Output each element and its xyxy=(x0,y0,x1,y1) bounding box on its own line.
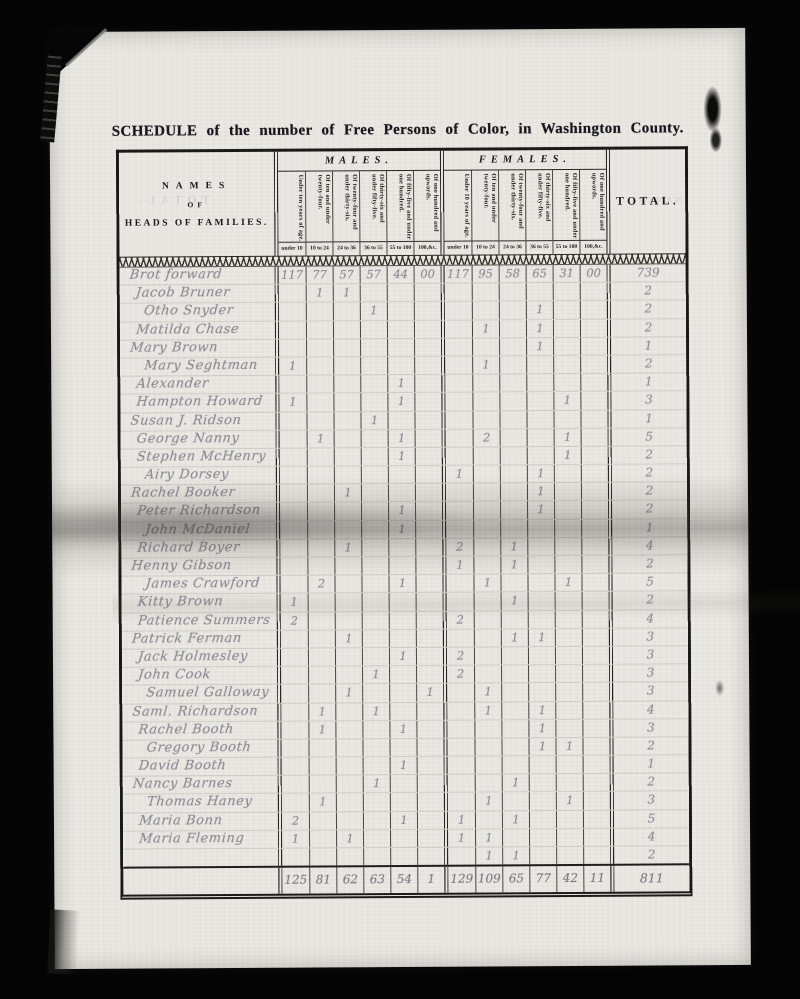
age-cell xyxy=(556,774,583,791)
age-cell: 1 xyxy=(417,867,444,893)
age-cell: 1 xyxy=(502,847,529,864)
row-total: 2 xyxy=(612,482,687,500)
age-cell xyxy=(446,429,473,446)
age-cell: 1 xyxy=(387,393,414,410)
age-cell xyxy=(582,683,609,700)
age-cell xyxy=(414,411,441,428)
age-cell xyxy=(362,593,389,610)
age-cell: 2 xyxy=(281,612,308,629)
row-name: Gregory Booth xyxy=(122,740,279,758)
age-cell: 1 xyxy=(282,830,309,847)
row-total: 2 xyxy=(611,282,686,300)
age-cell xyxy=(308,594,335,611)
age-cell xyxy=(554,556,581,573)
row-name: Airy Dorsey xyxy=(120,467,277,485)
age-cell xyxy=(581,574,608,591)
age-cell xyxy=(500,483,527,500)
age-cell xyxy=(502,793,529,810)
age-cell: 1 xyxy=(527,465,554,482)
age-cell xyxy=(582,738,609,755)
age-cell xyxy=(279,412,306,429)
age-column-header: Of twenty-four and under thirty-six. xyxy=(498,170,525,240)
row-name: Jack Holmesley xyxy=(121,649,278,667)
column-totals-row: 12581626354112910965774211811 xyxy=(123,863,689,894)
age-cell: 1 xyxy=(388,502,415,519)
age-cell xyxy=(580,301,607,318)
row-total: 5 xyxy=(612,428,687,446)
age-cell: 65 xyxy=(502,866,529,892)
row-total: 3 xyxy=(611,392,686,410)
age-cell xyxy=(474,666,501,683)
age-cell xyxy=(416,648,443,665)
age-cell xyxy=(473,502,500,519)
age-cell xyxy=(472,338,499,355)
age-cell xyxy=(417,793,444,810)
age-cell: 1 xyxy=(501,629,528,646)
age-cell xyxy=(282,794,309,811)
age-cell xyxy=(555,720,582,737)
age-cell xyxy=(474,629,501,646)
row-name: Nancy Barnes xyxy=(122,776,279,794)
age-cell: 1 xyxy=(360,302,387,319)
names-header-box: TOTAL. NAMES OF HEADS OF FAMILIES. xyxy=(119,152,275,257)
age-cell xyxy=(475,756,502,773)
age-cell xyxy=(306,321,333,338)
age-cell: 1 xyxy=(474,702,501,719)
age-cell xyxy=(281,649,308,666)
age-cell xyxy=(473,447,500,464)
age-cell xyxy=(555,683,582,700)
age-cell xyxy=(414,284,441,301)
age-cell: 1 xyxy=(448,811,475,828)
row-total: 1 xyxy=(611,373,686,391)
age-cell xyxy=(582,628,609,645)
age-cell xyxy=(501,684,528,701)
row-total: 2 xyxy=(613,592,688,610)
age-cell: 117 xyxy=(445,266,472,283)
age-cell xyxy=(309,757,336,774)
names-header-line: NAMES xyxy=(162,181,231,191)
age-cell: 2 xyxy=(447,666,474,683)
age-bracket-subheader: under 10 xyxy=(278,242,305,256)
row-name: Otho Snyder xyxy=(119,303,276,321)
age-cell xyxy=(417,757,444,774)
age-cell xyxy=(527,538,554,555)
age-cell xyxy=(281,667,308,684)
age-cell xyxy=(334,575,361,592)
age-cell xyxy=(362,684,389,701)
row-total: 739 xyxy=(611,264,686,282)
row-total: 3 xyxy=(613,719,688,737)
age-cell xyxy=(445,338,472,355)
age-cell xyxy=(529,829,556,846)
age-cell: 1 xyxy=(308,721,335,738)
age-bracket-subheader: 55 to 100 xyxy=(552,240,579,254)
age-cell xyxy=(473,538,500,555)
row-total: 5 xyxy=(614,810,689,828)
age-cell xyxy=(553,301,580,318)
row-name: John McDaniel xyxy=(120,521,277,539)
age-cell xyxy=(414,320,441,337)
age-cell xyxy=(387,284,414,301)
age-cell xyxy=(361,448,388,465)
age-cell xyxy=(306,376,333,393)
age-cell xyxy=(529,847,556,864)
age-cell xyxy=(417,811,444,828)
row-name: Stephen McHenry xyxy=(120,449,277,467)
age-cell xyxy=(280,448,307,465)
age-cell xyxy=(416,720,443,737)
age-cell: 1 xyxy=(528,720,555,737)
age-cell xyxy=(390,775,417,792)
age-cell: 1 xyxy=(472,320,499,337)
row-name: David Booth xyxy=(122,758,279,776)
age-cell: 1 xyxy=(475,847,502,864)
row-total: 4 xyxy=(613,701,688,719)
age-cell xyxy=(555,592,582,609)
row-total: 2 xyxy=(614,773,689,791)
age-cell xyxy=(555,610,582,627)
age-cell xyxy=(309,830,336,847)
age-cell xyxy=(448,757,475,774)
row-name: George Nanny xyxy=(120,430,277,448)
age-cell xyxy=(553,356,580,373)
age-cell xyxy=(502,829,529,846)
age-cell: 42 xyxy=(556,866,583,892)
age-cell xyxy=(583,792,610,809)
row-name: Alexander xyxy=(119,376,276,394)
row-total: 1 xyxy=(614,755,689,773)
age-cell xyxy=(335,594,362,611)
age-cell: 63 xyxy=(363,867,390,893)
age-cell xyxy=(555,665,582,682)
age-cell xyxy=(580,374,607,391)
age-cell xyxy=(306,339,333,356)
age-cell xyxy=(499,283,526,300)
age-cell xyxy=(335,703,362,720)
age-cell xyxy=(582,610,609,627)
age-cell: 1 xyxy=(335,685,362,702)
age-cell xyxy=(281,739,308,756)
age-cell xyxy=(335,739,362,756)
age-cell xyxy=(307,448,334,465)
age-cell: 1 xyxy=(528,629,555,646)
age-cell xyxy=(526,392,553,409)
row-name: Hampton Howard xyxy=(120,394,277,412)
age-cell xyxy=(309,776,336,793)
age-cell xyxy=(583,829,610,846)
age-cell xyxy=(389,739,416,756)
age-cell xyxy=(335,721,362,738)
age-cell xyxy=(527,429,554,446)
table-header: TOTAL. NAMES OF HEADS OF FAMILIES. MALES… xyxy=(119,149,686,256)
age-cell: 1 xyxy=(473,575,500,592)
age-bracket-subheader: 36 to 55 xyxy=(525,240,552,254)
age-cell xyxy=(361,521,388,538)
age-cell xyxy=(361,557,388,574)
age-cell: 2 xyxy=(446,538,473,555)
age-cell xyxy=(527,556,554,573)
age-cell xyxy=(501,611,528,628)
smudge-artifact xyxy=(715,680,724,696)
age-cell xyxy=(499,302,526,319)
names-header-line: HEADS OF FAMILIES. xyxy=(125,217,269,228)
age-cell xyxy=(499,320,526,337)
age-cell xyxy=(527,447,554,464)
table-row: 112 xyxy=(123,846,689,867)
age-cell: 1 xyxy=(307,430,334,447)
age-cell xyxy=(389,684,416,701)
age-cell xyxy=(307,557,334,574)
age-cell xyxy=(308,648,335,665)
age-cell xyxy=(583,847,610,864)
age-cell: 1 xyxy=(527,483,554,500)
age-cell: 1 xyxy=(389,721,416,738)
age-cell xyxy=(361,575,388,592)
age-cell xyxy=(445,375,472,392)
age-cell: 57 xyxy=(360,266,387,283)
age-cell xyxy=(333,375,360,392)
age-cell: 1 xyxy=(500,538,527,555)
age-cell xyxy=(472,393,499,410)
age-cell xyxy=(501,738,528,755)
age-cell: 1 xyxy=(388,448,415,465)
age-cell xyxy=(526,283,553,300)
age-cell xyxy=(415,575,442,592)
age-cell xyxy=(280,576,307,593)
age-bracket-subheader: 10 to 24 xyxy=(305,241,332,255)
age-cell xyxy=(473,465,500,482)
row-total: 3 xyxy=(613,683,688,701)
age-cell xyxy=(389,702,416,719)
row-total: 3 xyxy=(613,628,688,646)
age-cell xyxy=(308,667,335,684)
age-cell xyxy=(336,775,363,792)
age-cell xyxy=(445,302,472,319)
age-cell xyxy=(528,611,555,628)
age-cell xyxy=(279,285,306,302)
age-cell xyxy=(555,629,582,646)
row-total: 1 xyxy=(612,519,687,537)
age-bracket-subheader: under 10 xyxy=(444,241,471,255)
age-cell xyxy=(583,810,610,827)
age-cell xyxy=(499,356,526,373)
age-cell xyxy=(334,430,361,447)
age-cell xyxy=(501,702,528,719)
age-cell: 1 xyxy=(554,574,581,591)
age-cell xyxy=(448,775,475,792)
age-cell xyxy=(306,357,333,374)
males-group-header: MALES. xyxy=(278,151,440,172)
age-cell xyxy=(389,593,416,610)
age-cell xyxy=(387,302,414,319)
age-cell xyxy=(582,647,609,664)
age-cell xyxy=(361,430,388,447)
age-cell xyxy=(526,356,553,373)
age-cell xyxy=(387,320,414,337)
row-total: 2 xyxy=(614,846,689,864)
age-cell: 00 xyxy=(414,266,441,283)
age-cell xyxy=(526,374,553,391)
age-cell: 54 xyxy=(390,867,417,893)
row-name: Patience Summers xyxy=(121,612,278,630)
age-cell xyxy=(333,394,360,411)
age-bracket-subheader: 55 to 100 xyxy=(386,241,413,255)
age-cell: 1 xyxy=(502,774,529,791)
age-cell xyxy=(415,484,442,501)
row-total: 4 xyxy=(612,537,687,555)
age-cell xyxy=(580,356,607,373)
age-cell xyxy=(415,502,442,519)
age-cell xyxy=(553,338,580,355)
row-name: Brot forward xyxy=(119,267,276,285)
age-cell xyxy=(307,521,334,538)
age-cell: 1 xyxy=(475,793,502,810)
age-cell: 1 xyxy=(475,829,502,846)
age-cell xyxy=(416,611,443,628)
row-name: Kitty Brown xyxy=(121,594,278,612)
age-cell xyxy=(334,521,361,538)
age-cell xyxy=(362,630,389,647)
age-cell xyxy=(582,701,609,718)
age-cell xyxy=(363,794,390,811)
age-cell xyxy=(582,592,609,609)
age-cell: 1 xyxy=(333,284,360,301)
age-cell xyxy=(528,592,555,609)
age-cell xyxy=(362,612,389,629)
age-cell: 1 xyxy=(363,775,390,792)
age-cell: 1 xyxy=(501,593,528,610)
age-cell: 00 xyxy=(580,265,607,282)
age-cell xyxy=(333,357,360,374)
age-cell xyxy=(390,830,417,847)
age-cell xyxy=(308,739,335,756)
age-cell: 1 xyxy=(448,829,475,846)
age-cell: 1 xyxy=(362,703,389,720)
age-cell xyxy=(335,648,362,665)
age-cell xyxy=(415,557,442,574)
age-cell xyxy=(387,357,414,374)
row-total: 2 xyxy=(611,301,686,319)
age-cell: 1 xyxy=(526,338,553,355)
age-cell: 2 xyxy=(307,576,334,593)
torn-corner-artifact xyxy=(46,28,108,84)
row-name: Richard Boyer xyxy=(120,540,277,558)
age-cell: 125 xyxy=(282,868,309,894)
age-cell: 95 xyxy=(472,265,499,282)
age-cell: 11 xyxy=(583,866,610,892)
row-name: Mary Brown xyxy=(119,340,276,358)
age-cell: 2 xyxy=(447,647,474,664)
row-total: 2 xyxy=(613,737,688,755)
age-cell xyxy=(472,375,499,392)
age-cell xyxy=(416,739,443,756)
age-cell xyxy=(499,393,526,410)
age-cell xyxy=(527,520,554,537)
age-cell: 65 xyxy=(526,265,553,282)
row-total: 4 xyxy=(613,610,688,628)
age-cell xyxy=(388,539,415,556)
age-cell xyxy=(280,539,307,556)
age-cell xyxy=(415,520,442,537)
age-cell xyxy=(447,720,474,737)
age-cell xyxy=(416,593,443,610)
age-cell xyxy=(475,775,502,792)
age-cell xyxy=(446,447,473,464)
age-cell: 1 xyxy=(334,484,361,501)
age-cell xyxy=(336,848,363,865)
age-cell: 1 xyxy=(279,394,306,411)
age-cell xyxy=(279,339,306,356)
age-cell xyxy=(362,648,389,665)
age-cell: 1 xyxy=(528,738,555,755)
age-cell xyxy=(472,302,499,319)
age-cell xyxy=(333,321,360,338)
age-cell xyxy=(387,339,414,356)
age-cell: 1 xyxy=(446,557,473,574)
age-cell xyxy=(308,685,335,702)
row-name: John Cook xyxy=(121,667,278,685)
age-cell xyxy=(500,520,527,537)
age-cell xyxy=(556,847,583,864)
age-cell xyxy=(307,466,334,483)
document-title: SCHEDULE of the number of Free Persons o… xyxy=(80,120,716,141)
age-cell: 44 xyxy=(387,266,414,283)
age-cell xyxy=(445,284,472,301)
age-cell xyxy=(555,701,582,718)
age-cell xyxy=(581,556,608,573)
age-cell xyxy=(554,483,581,500)
row-total: 2 xyxy=(611,355,686,373)
age-cell: 1 xyxy=(553,392,580,409)
age-cell xyxy=(307,485,334,502)
age-cell xyxy=(528,665,555,682)
age-cell xyxy=(336,812,363,829)
age-cell xyxy=(388,484,415,501)
age-cell xyxy=(555,647,582,664)
age-cell xyxy=(281,703,308,720)
age-cell xyxy=(499,411,526,428)
age-cell xyxy=(446,575,473,592)
age-cell xyxy=(361,466,388,483)
age-cell xyxy=(474,593,501,610)
age-cell xyxy=(280,485,307,502)
age-cell xyxy=(336,757,363,774)
row-name: Rachel Booth xyxy=(122,721,279,739)
age-cell xyxy=(528,683,555,700)
age-bracket-subheader: 24 to 36 xyxy=(332,241,359,255)
age-cell xyxy=(581,538,608,555)
scanned-page: SCHEDULE of the number of Free Persons o… xyxy=(49,28,751,969)
age-cell xyxy=(334,557,361,574)
row-total: 4 xyxy=(614,828,689,846)
age-cell: 129 xyxy=(448,867,475,893)
row-name xyxy=(122,849,279,867)
age-cell xyxy=(415,539,442,556)
age-cell: 1 xyxy=(446,466,473,483)
age-cell xyxy=(280,430,307,447)
age-cell: 81 xyxy=(309,868,336,894)
age-cell xyxy=(580,410,607,427)
age-cell xyxy=(282,849,309,866)
age-cell xyxy=(308,612,335,629)
age-cell xyxy=(583,756,610,773)
age-cell xyxy=(390,848,417,865)
age-cell xyxy=(500,447,527,464)
age-cell: 1 xyxy=(335,630,362,647)
age-cell xyxy=(388,557,415,574)
age-cell: 109 xyxy=(475,867,502,893)
